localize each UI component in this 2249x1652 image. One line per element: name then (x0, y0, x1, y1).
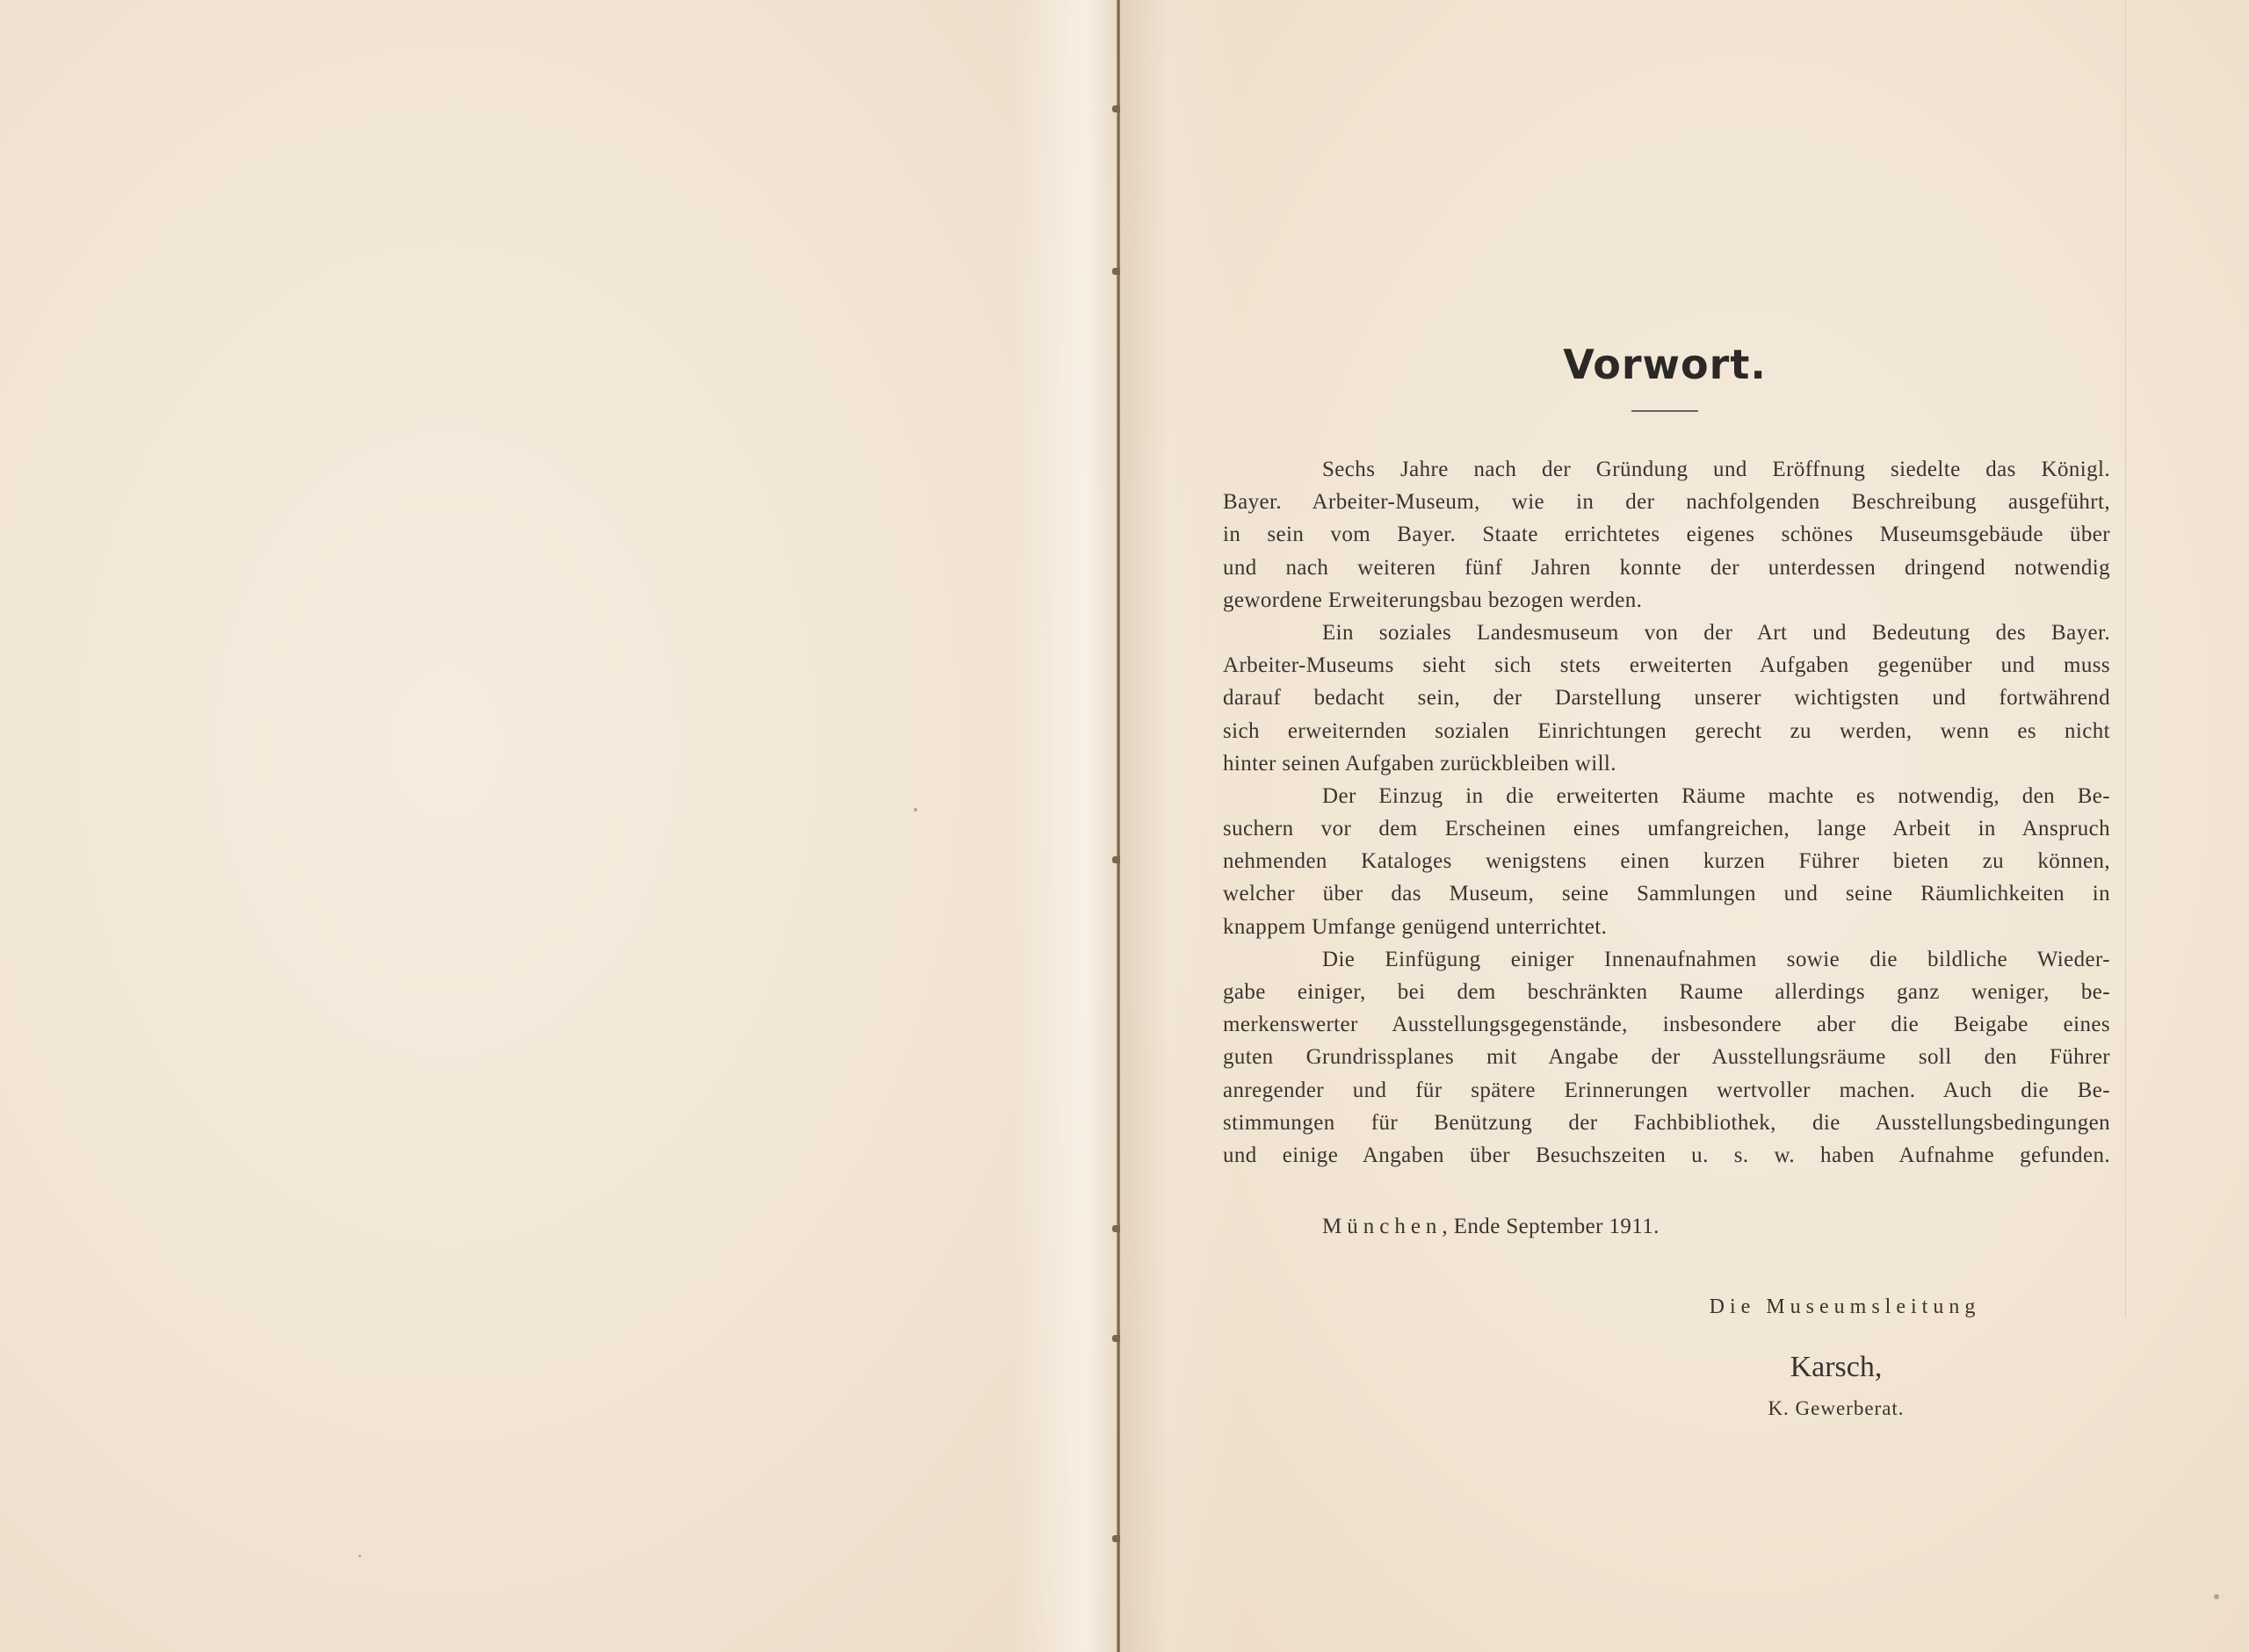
place-and-date: München, Ende September 1911. (1322, 1210, 1660, 1243)
text-line: suchern vor dem Erscheinen eines umfangr… (1223, 812, 2110, 845)
text-line: guten Grundrissplanes mit Angabe der Aus… (1223, 1041, 2110, 1073)
text-line: gabe einiger, bei dem beschränkten Raume… (1223, 976, 2110, 1008)
paper-speck (914, 808, 917, 812)
text-line: anregender und für spätere Erinnerungen … (1223, 1074, 2110, 1107)
signature-title: K. Gewerberat. (1669, 1397, 2003, 1420)
text-line: Ein soziales Landesmuseum von der Art un… (1223, 617, 2110, 649)
paper-speck (358, 1555, 361, 1557)
paragraph-3: Der Einzug in die erweiterten Räume mach… (1223, 780, 2110, 943)
page-edge-line (2125, 0, 2126, 1317)
text-line: gewordene Erweiterungsbau bezogen werden… (1223, 584, 2110, 617)
text-line: darauf bedacht sein, der Darstellung uns… (1223, 682, 2110, 714)
text-line: und nach weiteren fünf Jahren konnte der… (1223, 552, 2110, 584)
paragraph-1: Sechs Jahre nach der Gründung und Eröffn… (1223, 453, 2110, 617)
text-line: Die Einfügung einiger Innenaufnahmen sow… (1223, 943, 2110, 976)
text-line: Bayer. Arbeiter-Museum, wie in der nachf… (1223, 486, 2110, 518)
text-line: welcher über das Museum, seine Sammlunge… (1223, 877, 2110, 910)
paragraph-2: Ein soziales Landesmuseum von der Art un… (1223, 617, 2110, 780)
book-spread: Vorwort. Sechs Jahre nach der Gründung u… (0, 0, 2249, 1652)
text-line: knappem Umfange genügend unterrichtet. (1223, 911, 2110, 943)
text-line: merkenswerter Ausstellungsgegenstände, i… (1223, 1008, 2110, 1041)
signature-name: Karsch, (1669, 1351, 2003, 1384)
signature-organization: Die Museumsleitung (1669, 1295, 2021, 1319)
left-page-blank (0, 0, 1117, 1652)
text-line: hinter seinen Aufgaben zurückbleiben wil… (1223, 747, 2110, 780)
left-gutter-shadow (1012, 0, 1117, 1652)
foreword-body: Sechs Jahre nach der Gründung und Eröffn… (1223, 453, 2110, 1172)
title-divider (1631, 410, 1698, 412)
text-line: Arbeiter-Museums sieht sich stets erweit… (1223, 649, 2110, 682)
text-line: Der Einzug in die erweiterten Räume mach… (1223, 780, 2110, 812)
paragraph-4: Die Einfügung einiger Innenaufnahmen sow… (1223, 943, 2110, 1172)
paper-speck (2214, 1594, 2219, 1599)
text-line: und einige Angaben über Besuchszeiten u.… (1223, 1139, 2110, 1172)
text-line: Sechs Jahre nach der Gründung und Eröffn… (1223, 453, 2110, 486)
text-line: stimmungen für Benützung der Fachbibliot… (1223, 1107, 2110, 1139)
place: München (1322, 1215, 1442, 1238)
date: , Ende September 1911. (1442, 1215, 1659, 1238)
text-line: sich erweiternden sozialen Einrichtungen… (1223, 715, 2110, 747)
text-line: nehmenden Kataloges wenigstens einen kur… (1223, 845, 2110, 877)
page-title: Vorwort. (1493, 341, 1836, 388)
text-line: in sein vom Bayer. Staate errichtetes ei… (1223, 518, 2110, 551)
